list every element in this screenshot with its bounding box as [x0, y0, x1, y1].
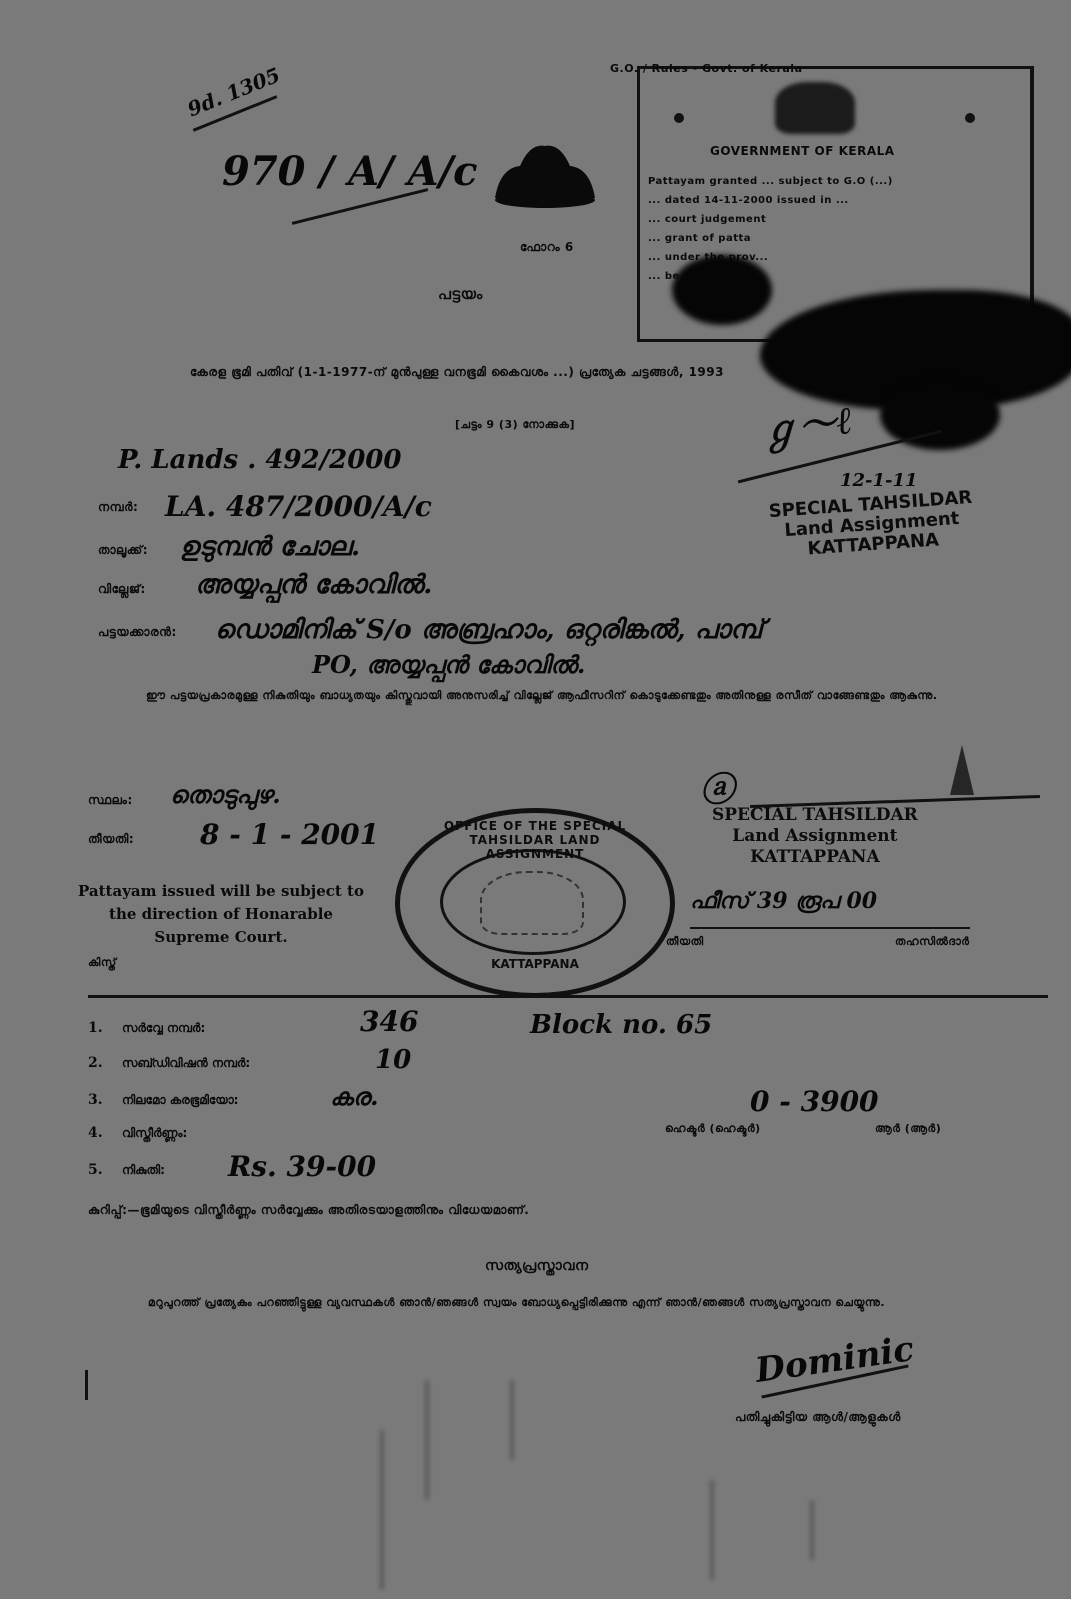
signed-date: 12-1-11 — [840, 470, 918, 491]
rules-reference: [ചട്ടം 9 (3) നോക്കുക] — [455, 418, 575, 432]
holder-label: പട്ടയക്കാരൻ: — [98, 625, 177, 640]
supreme-court-note: Pattayam issued will be subject to the d… — [76, 880, 366, 949]
stamp-header: G.O. / Rules - Govt. of Kerala — [610, 62, 803, 75]
village-value: അയ്യപ്പൻ കോവിൽ. — [195, 570, 432, 601]
kerala-emblem-icon — [490, 138, 600, 208]
schedule-row: 4. വിസ്തീർണ്ണം: — [88, 1125, 187, 1141]
village-label: വില്ലേജ്: — [98, 582, 146, 597]
date-label: തീയതി: — [88, 832, 134, 847]
office-seal: OFFICE OF THE SPECIAL TAHSILDAR LAND ASS… — [395, 808, 675, 998]
subdivision-number: 10 — [375, 1045, 411, 1075]
row-number: 1. — [88, 1020, 108, 1036]
stamp-dot-right — [965, 113, 975, 123]
declaration-text: മറുപുറത്ത് പ്രത്യേകം പറഞ്ഞിട്ടുള്ള വ്യവസ… — [88, 1293, 1038, 1313]
row-number: 2. — [88, 1055, 108, 1071]
taluk-value: ഉടുമ്പൻ ചോല. — [180, 532, 360, 563]
land-type: കര. — [330, 1082, 378, 1111]
survey-number: 346 — [360, 1005, 418, 1038]
seal-text-top: OFFICE OF THE SPECIAL TAHSILDAR LAND ASS… — [420, 819, 650, 861]
kist-label: കിസ്ത് — [88, 956, 117, 970]
signature-flourish — [950, 745, 974, 795]
margin-mark — [85, 1370, 88, 1400]
area-unit-are: ആർ (ആർ) — [875, 1122, 941, 1136]
holder-value-line1: ഡൊമിനിക് S/o അബ്രഹാം, ഒറ്റരിങ്കൽ, പാമ്പ് — [215, 615, 763, 646]
block-number: Block no. 65 — [530, 1010, 712, 1040]
row-label: സബ്ഡിവിഷൻ നമ്പർ: — [122, 1056, 250, 1071]
stamp-dot-left — [674, 113, 684, 123]
officer-title: SPECIAL TAHSILDAR — [712, 805, 918, 826]
schedule-separator — [88, 995, 1048, 998]
paper-stain — [425, 1380, 429, 1500]
seal-text-bottom: KATTAPPANA — [460, 957, 610, 971]
stamp-line: ... grant of patta — [648, 229, 1008, 248]
declaration-title: സത്യപ്രസ്താവന — [485, 1258, 588, 1274]
stamp-line: Pattayam granted ... subject to G.O (...… — [648, 172, 1008, 191]
number-label: നമ്പർ: — [98, 500, 138, 515]
rules-heading: കേരള ഭൂമി പതിവ് (1-1-1977-ന് മുൻപുള്ള വന… — [190, 365, 724, 380]
schedule-row: 2. സബ്ഡിവിഷൻ നമ്പർ: — [88, 1055, 250, 1071]
row-label: നികുതി: — [122, 1163, 165, 1178]
stamp-line: ... dated 14-11-2000 issued in ... — [648, 191, 1008, 210]
taluk-label: താലൂക്ക്: — [98, 543, 148, 558]
officer-stamp-bottom: SPECIAL TAHSILDAR Land Assignment KATTAP… — [712, 805, 918, 868]
file-number: 970 / A/ A/c — [222, 148, 478, 195]
stamp-line: ... court judgement — [648, 210, 1008, 229]
schedule-row: 3. നിലമോ കരഭൂമിയോ: — [88, 1092, 238, 1108]
row-number: 5. — [88, 1162, 108, 1178]
ink-blot — [672, 255, 772, 325]
row-number: 3. — [88, 1092, 108, 1108]
signatory-label: പതിച്ചുകിട്ടിയ ആൾ/ആളുകൾ — [735, 1410, 901, 1425]
body-paragraph: ഈ പട്ടയപ്രകാരമുള്ള നികുതിയും ബാധ്യതയും ക… — [98, 685, 1038, 707]
schedule-row: 5. നികുതി: — [88, 1162, 165, 1178]
area-value: 0 - 3900 — [750, 1085, 879, 1118]
document-title: പട്ടയം — [438, 285, 483, 303]
row-label: സർവ്വേ നമ്പർ: — [122, 1021, 352, 1036]
signature-label-right: തഹസിൽദാർ — [895, 935, 969, 949]
holder-value-line2: PO, അയ്യപ്പൻ കോവിൽ. — [312, 650, 585, 679]
row-number: 4. — [88, 1125, 108, 1141]
stamp-title: GOVERNMENT OF KERALA — [710, 144, 895, 158]
number-value: LA. 487/2000/A/c — [165, 490, 432, 523]
seal-emblem-icon — [480, 871, 584, 935]
officer-dept: Land Assignment — [712, 826, 918, 847]
officer-location: KATTAPPANA — [712, 847, 918, 868]
officer-signature-bottom: ⓐ — [700, 762, 734, 811]
row-label: വിസ്തീർണ്ണം: — [122, 1126, 187, 1141]
officer-signature: ℊ〜ℓ — [757, 389, 856, 456]
paper-stain — [710, 1480, 714, 1580]
paper-stain — [510, 1380, 514, 1460]
stamp-emblem-icon — [775, 82, 855, 134]
signature-label-left: തീയതി — [666, 935, 704, 949]
place-label: സ്ഥലം: — [88, 793, 133, 808]
date-value: 8 - 1 - 2001 — [200, 818, 379, 851]
row-label: നിലമോ കരഭൂമിയോ: — [122, 1093, 238, 1108]
officer-stamp-top: SPECIAL TAHSILDAR Land Assignment KATTAP… — [768, 488, 975, 562]
paper-stain — [810, 1500, 814, 1560]
area-unit-hectare: ഹെക്ടർ (ഹെക്ടർ) — [665, 1122, 761, 1136]
fee-line — [690, 927, 970, 929]
fee-value: ഫീസ് 39 രൂപ 00 — [690, 888, 877, 914]
place-value: തൊടുപുഴ. — [170, 780, 281, 809]
tax-value: Rs. 39-00 — [228, 1150, 376, 1183]
form-number: ഫോറം 6 — [520, 240, 574, 255]
schedule-row: 1. സർവ്വേ നമ്പർ: — [88, 1020, 352, 1036]
area-note: കുറിപ്പ്:—ഭൂമിയുടെ വിസ്തീർണ്ണം സർവ്വേക്ക… — [88, 1203, 529, 1218]
pattayam-number: P. Lands . 492/2000 — [118, 445, 402, 475]
paper-stain — [380, 1430, 384, 1590]
